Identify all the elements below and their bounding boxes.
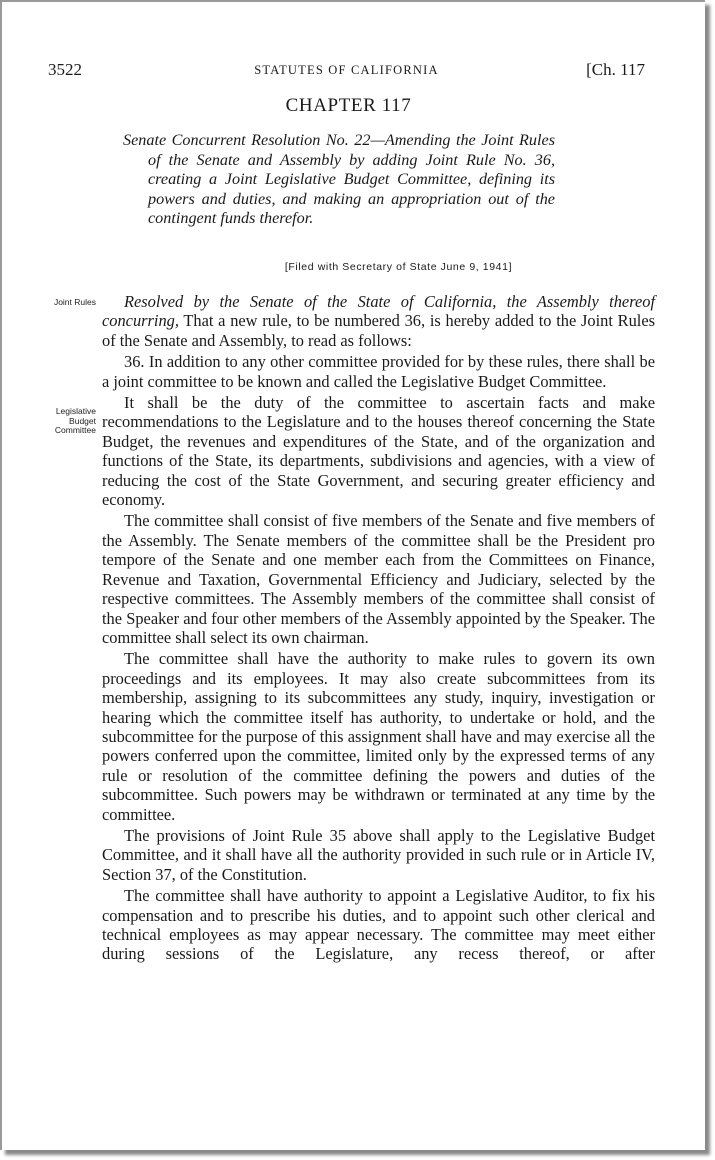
running-title: STATUTES OF CALIFORNIA bbox=[48, 63, 645, 78]
document-page: 3522 STATUTES OF CALIFORNIA [Ch. 117 CHA… bbox=[0, 0, 705, 1150]
resolution-title-text: Senate Concurrent Resolution No. 22—Amen… bbox=[123, 131, 555, 229]
resolution-title: Senate Concurrent Resolution No. 22—Amen… bbox=[123, 131, 555, 229]
margin-note-line: Committee bbox=[32, 426, 96, 436]
margin-note-joint-rules: Joint Rules bbox=[38, 298, 96, 308]
filed-note: [Filed with Secretary of State June 9, 1… bbox=[2, 261, 705, 273]
body-paragraph: The committee shall have the authority t… bbox=[102, 649, 655, 824]
chapter-reference: [Ch. 117 bbox=[586, 60, 645, 80]
body-paragraph: The committee shall consist of five memb… bbox=[102, 511, 655, 647]
body-paragraph: 36. In addition to any other committee p… bbox=[102, 352, 655, 391]
resolution-body: Resolved by the Senate of the State of C… bbox=[102, 292, 655, 964]
resolved-clause-rest: That a new rule, to be numbered 36, is h… bbox=[102, 311, 655, 349]
body-paragraph: It shall be the duty of the committee to… bbox=[102, 393, 655, 509]
chapter-heading: CHAPTER 117 bbox=[2, 95, 695, 117]
body-paragraph: The committee shall have authority to ap… bbox=[102, 886, 655, 964]
running-head: 3522 STATUTES OF CALIFORNIA [Ch. 117 bbox=[48, 60, 645, 84]
margin-note-legislative-budget-committee: Legislative Budget Committee bbox=[32, 407, 96, 436]
body-paragraph: The provisions of Joint Rule 35 above sh… bbox=[102, 826, 655, 884]
resolved-clause: Resolved by the Senate of the State of C… bbox=[102, 292, 655, 350]
